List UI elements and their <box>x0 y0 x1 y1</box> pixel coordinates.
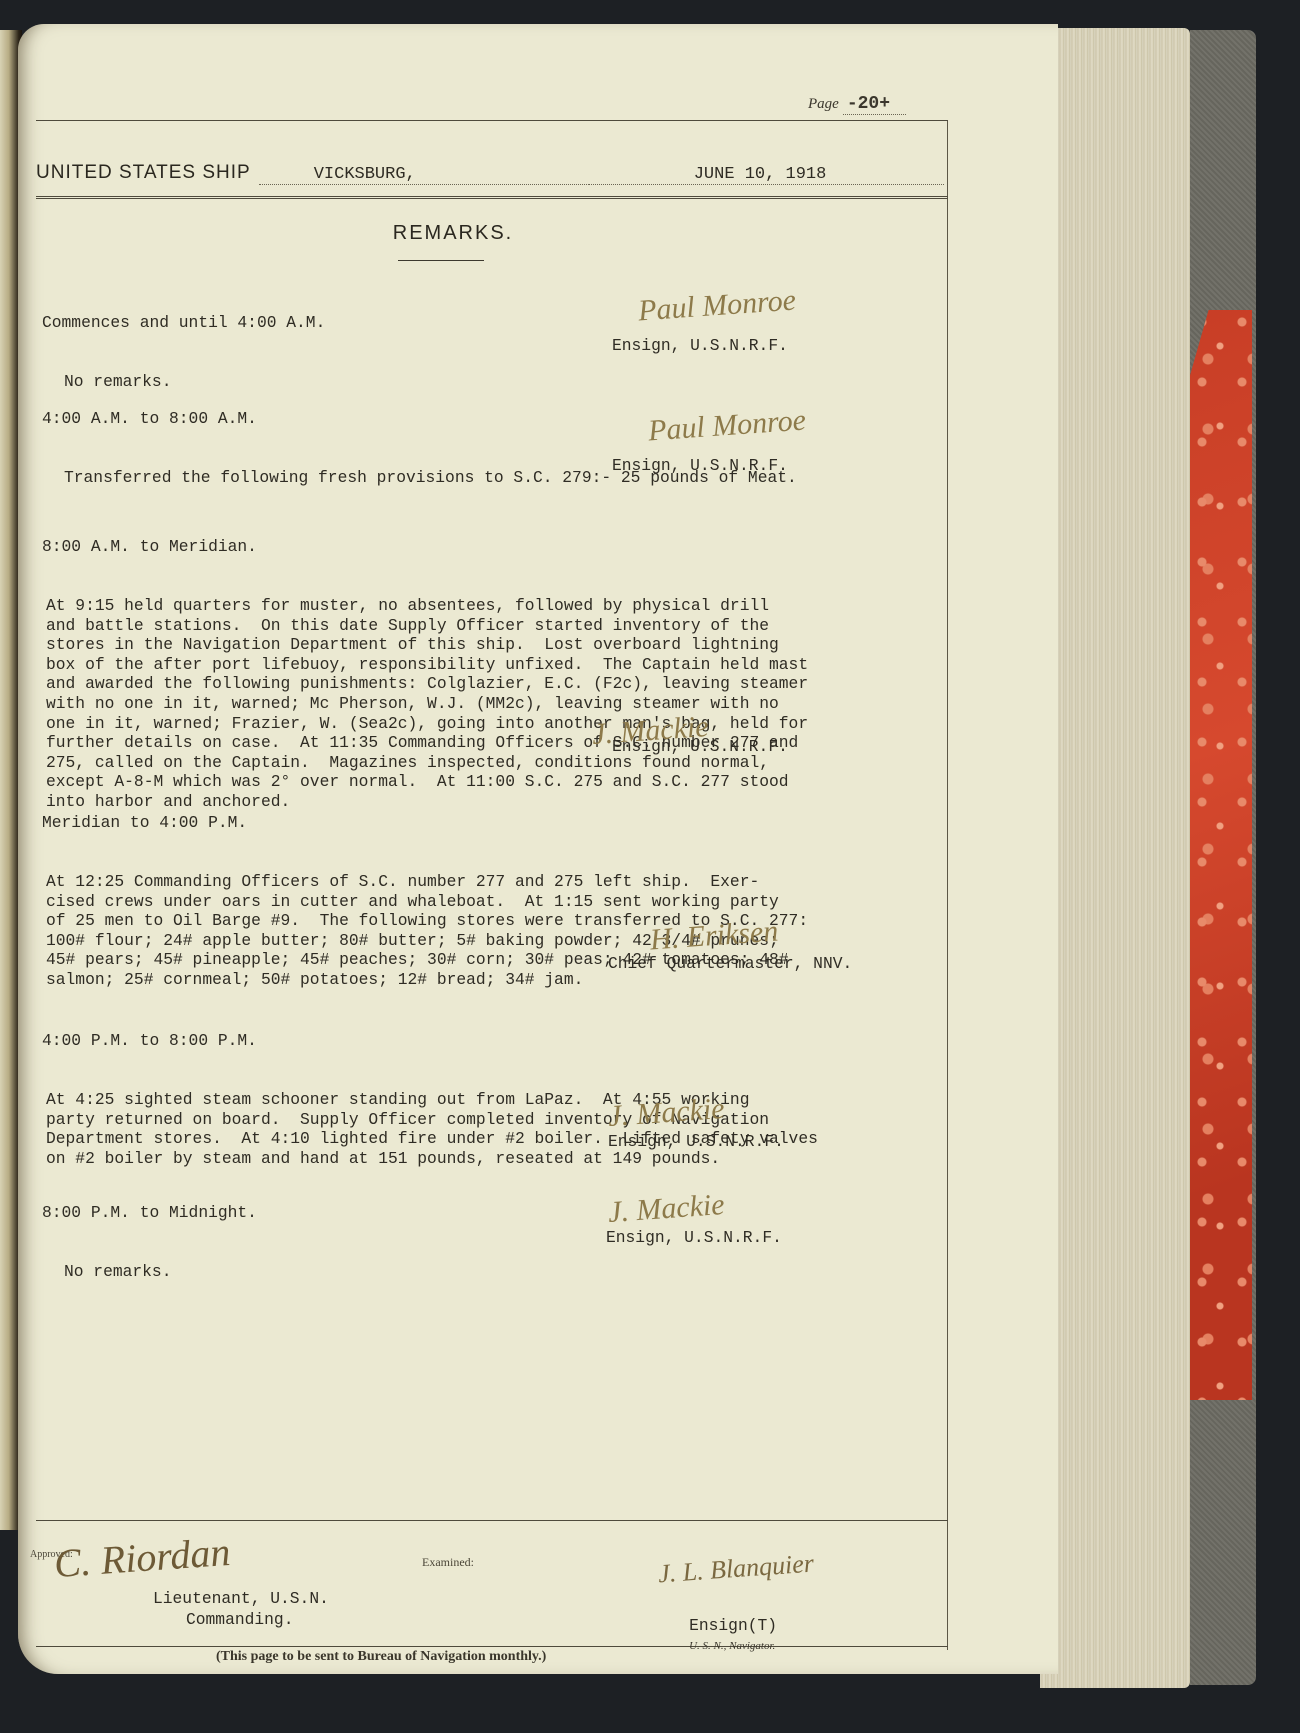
ship-label: UNITED STATES SHIP <box>36 162 251 184</box>
footer-top-rule <box>36 1520 948 1521</box>
examined-label: Examined: <box>422 1555 474 1570</box>
book-cover-marbled-paper <box>1190 310 1252 1400</box>
watch-rank: Ensign, U.S.N.R.F. <box>612 336 788 355</box>
examined-rank-title: Ensign(T) <box>689 1616 777 1635</box>
footer-bottom-rule <box>36 1646 948 1647</box>
approved-rank-line1: Lieutenant, U.S.N. <box>153 1589 329 1608</box>
log-page: Page -20+ UNITED STATES SHIP VICKSBURG, … <box>18 24 1058 1674</box>
examined-rank-suffix: U. S. N., Navigator. <box>689 1640 775 1652</box>
watch-header: Commences and until 4:00 A.M. <box>42 313 325 333</box>
watch-rank: Ensign, U.S.N.R.F. <box>612 737 788 756</box>
ship-name: VICKSBURG, <box>259 165 589 185</box>
page-number: Page -20+ <box>808 94 906 115</box>
page-number-value: -20+ <box>843 94 906 115</box>
watch-rank: Ensign, U.S.N.R.F. <box>606 1228 782 1247</box>
log-date: JUNE 10, 1918 <box>589 165 944 185</box>
header-rule <box>36 196 948 199</box>
watch-rank: Chief Quartermaster, NNV. <box>608 954 852 973</box>
watch-entry: 8:00 P.M. to Midnight. No remarks. <box>42 1164 257 1321</box>
watch-header: 4:00 P.M. to 8:00 P.M. <box>42 1031 818 1051</box>
footer-note: (This page to be sent to Bureau of Navig… <box>216 1649 546 1665</box>
watch-header: 8:00 A.M. to Meridian. <box>42 537 808 557</box>
watch-header: Meridian to 4:00 P.M. <box>42 813 808 833</box>
title-underline <box>398 260 484 261</box>
watch-body: No remarks. <box>42 1262 257 1282</box>
top-rule <box>36 120 948 121</box>
approved-rank-line2: Commanding. <box>186 1610 293 1629</box>
watch-entry: Meridian to 4:00 P.M. At 12:25 Commandin… <box>42 774 808 1029</box>
watch-header: 8:00 P.M. to Midnight. <box>42 1203 257 1223</box>
ship-header: UNITED STATES SHIP VICKSBURG, JUNE 10, 1… <box>36 162 944 185</box>
remarks-title: REMARKS. <box>18 222 888 245</box>
page-label: Page <box>808 96 839 113</box>
examined-rank: Ensign(T) U. S. N., Navigator. <box>650 1597 777 1673</box>
watch-rank: Ensign, U.S.N.R.F. <box>608 1132 784 1151</box>
book-page-edges <box>1040 28 1190 1688</box>
watch-rank: Ensign, U.S.N.R.F. <box>612 456 788 475</box>
